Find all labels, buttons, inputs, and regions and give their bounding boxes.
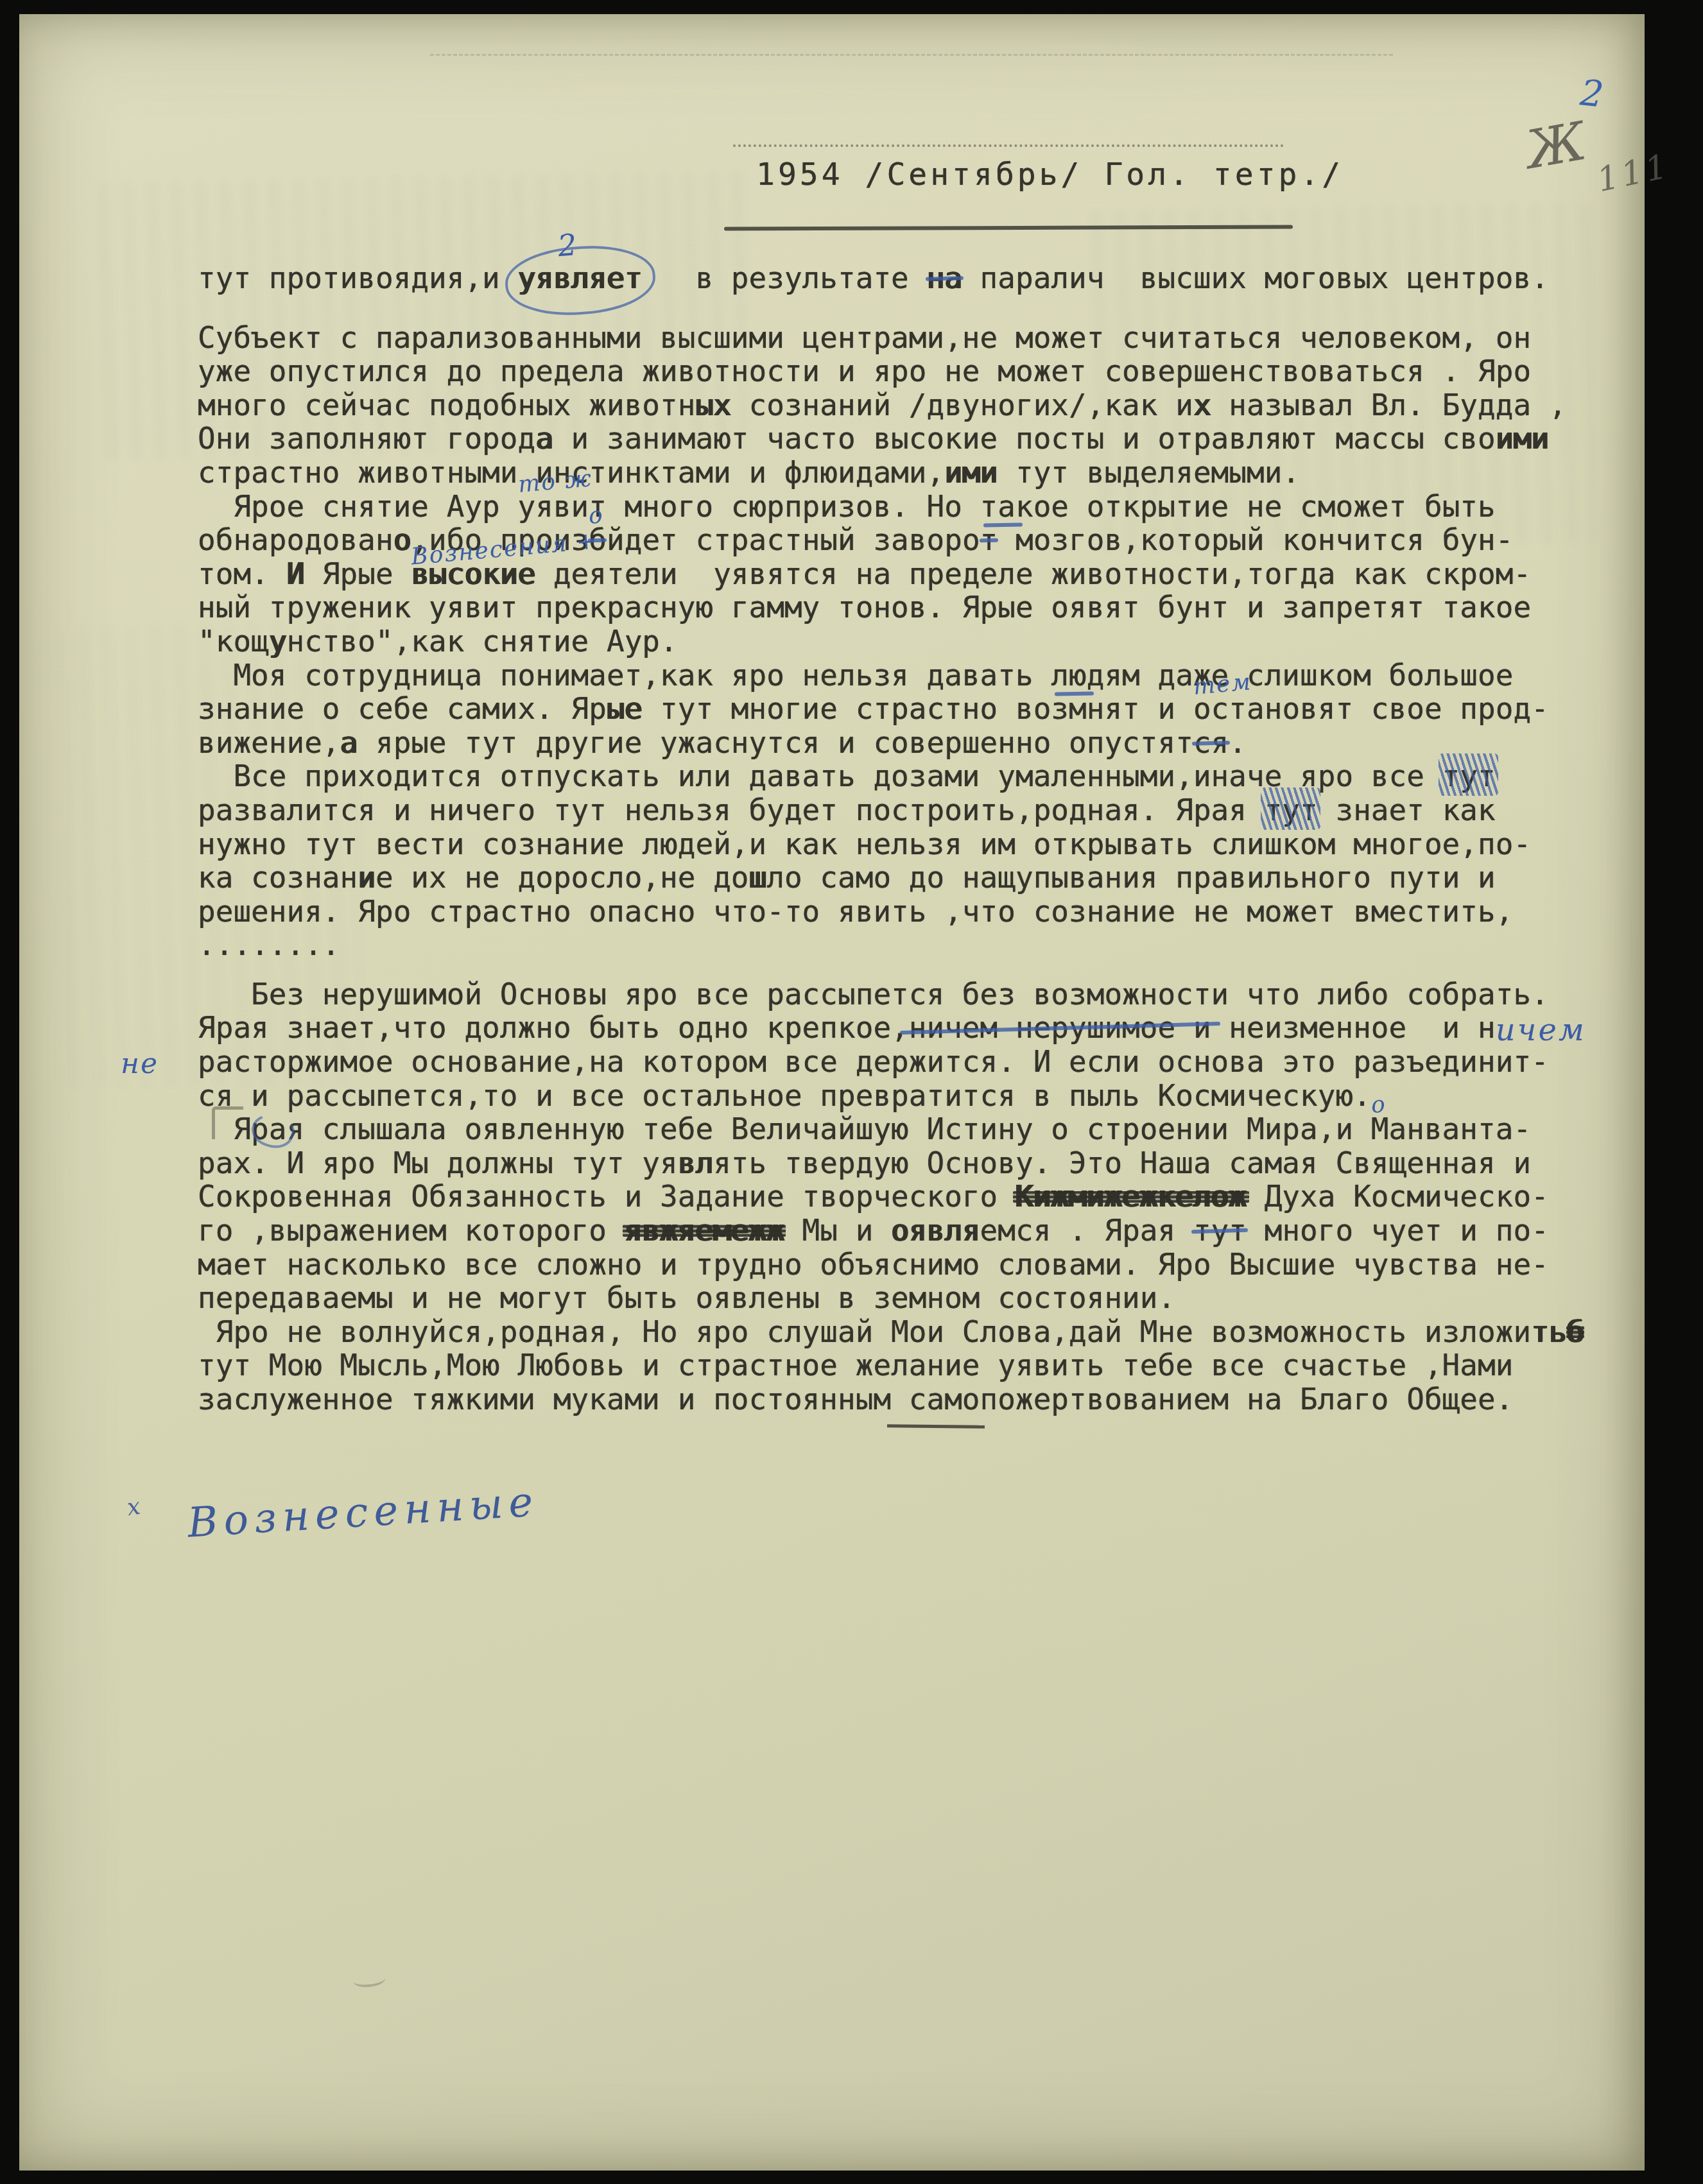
typed-text: йдет страстный заворо — [607, 522, 980, 557]
typed-text: мает насколько все сложно и трудно объяс… — [198, 1247, 1549, 1282]
typed-text: том. — [198, 556, 286, 591]
bottom-handwritten-note: Вознесенные — [186, 1478, 540, 1547]
typed-text: в результате — [642, 261, 926, 295]
typed-text: Ярая знает,что должно быть одно крепкое, — [198, 1010, 909, 1045]
typed-line: Сокровенная Обязанность и Задание творче… — [198, 1180, 1606, 1214]
annotated-text: ичем — [1496, 1012, 1586, 1048]
typed-line: страстно животными инстинктами и флюидам… — [198, 456, 1606, 490]
typed-line: ся и рассыпется,то и все остальное превр… — [198, 1079, 1606, 1113]
annotated-text: вл — [678, 1146, 713, 1180]
typed-text: тут многие страстно возмнят и — [642, 691, 1193, 726]
annotated-text: о — [393, 522, 411, 557]
annotated-text: ничем нерушимое и — [909, 1010, 1211, 1045]
typed-line: заслуженное тяжкими муками и постоянным … — [198, 1382, 1606, 1416]
typed-text: Все приходится отпускать или давать доза… — [198, 759, 1442, 793]
typed-text: Сокровенная Обязанность и Задание творче… — [198, 1179, 1016, 1214]
annotated-text: тут — [1442, 759, 1496, 793]
typed-line: ный труженик уявит прекрасную гамму тоно… — [198, 590, 1606, 624]
corner-pencil-letter: Ж — [1521, 111, 1590, 182]
typed-line: ........ — [198, 928, 1606, 962]
typed-line: мает насколько все сложно и трудно объяс… — [198, 1248, 1606, 1282]
typed-text: свое прод- — [1353, 691, 1549, 726]
annotated-text: Кижмижежкелож — [1016, 1179, 1247, 1214]
annotated-text: х — [1193, 388, 1211, 422]
annotated-text: ими — [944, 455, 998, 490]
annotated-text: ими — [1496, 421, 1549, 456]
typed-line: решения. Яро страстно опасно что-то явит… — [198, 895, 1606, 929]
typed-text: знает как — [1318, 793, 1496, 827]
annotated-text: т — [980, 522, 998, 557]
typed-text: много сейчас подобных животн — [198, 388, 695, 422]
corner-pencil-number: 111 — [1594, 147, 1673, 200]
annotated-text: ть — [1531, 1314, 1566, 1349]
typed-text: передаваемы и не могут быть оявлены в зе… — [198, 1280, 1175, 1315]
typed-line: Они заполняют города и занимают часто вы… — [198, 422, 1606, 456]
typed-text: Манванта-о — [1371, 1112, 1531, 1146]
typed-text: называл Вл. Будда , — [1211, 388, 1567, 422]
typed-line: Ярая знает,что должно быть одно крепкое,… — [198, 1011, 1606, 1045]
typed-text: открытие не сможет быть — [1069, 489, 1496, 524]
typed-line: рах. И яро Мы должны тут уявлять твердую… — [198, 1146, 1606, 1180]
annotated-text: ые — [607, 691, 642, 726]
typed-text: вижение, — [198, 725, 340, 760]
annotated-text: такое — [980, 489, 1069, 524]
typed-text-body: тут противоядия,и уявляет2 в результате … — [198, 261, 1606, 1416]
annotated-text: а — [340, 725, 358, 760]
typed-line: знание о себе самих. Ярые тут многие стр… — [198, 692, 1606, 726]
pencil-tick — [352, 1971, 386, 1988]
typed-text: ка сознан — [198, 860, 358, 895]
typed-line: нужно тут вести сознание людей,и как нел… — [198, 827, 1606, 861]
annotated-text: ся — [1193, 725, 1229, 760]
typed-text: решения. Яро страстно опасно что-то явит… — [198, 894, 1513, 929]
typed-text: развалится и ничего тут нельзя будет пос… — [198, 793, 1265, 827]
annotated-text: не — [121, 1047, 159, 1081]
typed-line: Без нерушимой Основы яро все рассыпется … — [198, 977, 1606, 1011]
page-title: 1954 /Сентябрь/ Гол. тетр./ — [756, 157, 1344, 193]
typed-text: ся и рассыпется,то и все остальное превр… — [198, 1078, 1371, 1113]
typed-line: Ярая слышала оявленную тебе Величайшую И… — [198, 1112, 1606, 1146]
typed-text: тут Мою Мысль,Мою Любовь и страстное жел… — [198, 1348, 1513, 1382]
typed-line: ка сознание их не доросло,не дошло само … — [198, 861, 1606, 895]
ink-annotation: о — [1370, 1088, 1388, 1122]
annotated-text: и — [358, 860, 376, 895]
typed-text: сознаний /двуногих/,как и — [731, 388, 1193, 422]
typed-line: Субъект с парализованными высшими центра… — [198, 321, 1606, 355]
typed-line: го ,выражением которого явжяемежж Мы и о… — [198, 1214, 1606, 1248]
typed-text: высших моговых центров. — [1104, 261, 1548, 295]
typed-text: знание о себе самих. Яр — [198, 691, 607, 726]
typed-text: е их не доросло,не до — [376, 860, 749, 895]
typed-line: нерасторжимое основание,на котором все д… — [198, 1045, 1606, 1079]
typed-text: тут противоядия,и — [198, 261, 518, 295]
typed-line: много сейчас подобных животных сознаний … — [198, 388, 1606, 422]
paragraph-gap — [198, 962, 1606, 977]
typed-text: Они заполняют город — [198, 421, 535, 456]
typed-line: Моя сотрудница понимает,как яро нельзя д… — [198, 658, 1606, 692]
typed-text: и занимают часто высокие посты и отравля… — [553, 421, 1496, 456]
end-divider-line — [887, 1424, 985, 1429]
typed-text: "кощ — [198, 624, 269, 658]
typed-text: Ярая слышала оявленную тебе Величайшую И… — [198, 1112, 1371, 1146]
paragraph-gap — [198, 295, 1606, 321]
typed-line: обнародовано,ибо произбойдет страстный з… — [198, 523, 1606, 557]
typed-text: деятели уявятся на пределе животности,то… — [535, 556, 1531, 591]
typed-text: обнародован — [198, 522, 393, 557]
typed-text: нужно тут вести сознание людей,и как нел… — [198, 827, 1531, 861]
typed-text: Ярое снятие Аур — [198, 489, 518, 524]
typed-text: ........ — [198, 927, 340, 962]
typed-text: много сюрпризов. Но — [607, 489, 980, 524]
typed-text: Мы и — [784, 1213, 891, 1248]
typed-text: емся . Ярая — [980, 1213, 1193, 1248]
typed-text: рах. И яро Мы должны тут уя — [198, 1146, 678, 1180]
annotated-text: высокиеВознесения + — [411, 556, 535, 591]
annotated-text: ых — [695, 388, 730, 422]
typed-text: . — [1229, 725, 1247, 760]
typed-text: ярые тут другие ужаснутся и совершенно о… — [358, 725, 1193, 760]
paper-sheet: 2 Ж 111 1954 /Сентябрь/ Гол. тетр./ тут … — [19, 14, 1645, 2171]
corner-page-number-blue: 2 — [1578, 72, 1605, 116]
annotated-text: оявля — [891, 1213, 980, 1248]
annotated-text: И — [286, 556, 304, 591]
typed-line: Яро не волнуйся,родная, Но яро слушай Мо… — [198, 1315, 1606, 1349]
typed-text: Ярые — [304, 556, 411, 591]
typed-line: развалится и ничего тут нельзя будет пос… — [198, 793, 1606, 827]
annotated-text: явжяемежж — [625, 1213, 784, 1248]
annotated-text: ш — [749, 860, 767, 895]
typed-text: Яро не волнуйся,родная, Но яро слушай Мо… — [198, 1314, 1531, 1349]
typed-text: расторжимое основание,на котором все дер… — [198, 1044, 1549, 1079]
annotated-text: у — [269, 624, 287, 658]
typed-text: го ,выражением которого — [198, 1213, 625, 1248]
typed-line: Ярое снятие Аур уявитто ж много сюрпризо… — [198, 490, 1606, 524]
pencil-margin-bracket — [212, 1106, 243, 1139]
ink-x-mark: x — [125, 1493, 142, 1521]
ink-annotation: то ж — [516, 462, 593, 503]
faint-dashed-line — [430, 54, 1393, 56]
typed-text: Без нерушимой Основы яро все рассыпется … — [198, 977, 1549, 1011]
typed-text: Моя сотрудница понимает,как яро нельзя д… — [198, 658, 1051, 692]
annotated-text: тут — [1193, 1213, 1247, 1248]
typed-text: тут выделяемыми. — [998, 455, 1300, 490]
annotated-text: людям — [1051, 658, 1139, 692]
typed-line: передаваемы и не могут быть оявлены в зе… — [198, 1281, 1606, 1315]
annotated-text: на — [926, 261, 962, 295]
typed-line: "кощунство",как снятие Аур. — [198, 624, 1606, 658]
typed-line: тут Мою Мысль,Мою Любовь и страстное жел… — [198, 1348, 1606, 1382]
typed-text: нство",как снятие Аур. — [286, 624, 677, 658]
typed-text: уже опустился до предела животности и яр… — [198, 354, 1531, 388]
typed-text: много чует и по- — [1247, 1213, 1549, 1248]
typed-text: остановяттем — [1193, 691, 1353, 726]
typed-text: неизменное и н — [1211, 1010, 1496, 1045]
typed-line: тут противоядия,и уявляет2 в результате … — [198, 261, 1606, 295]
ink-annotation: 2 — [556, 227, 579, 262]
annotated-text: а — [535, 421, 553, 456]
dotted-rule — [733, 144, 1284, 147]
typed-text: заслуженное тяжкими муками и постоянным … — [198, 1382, 1513, 1416]
typed-line: том. И Ярые высокиеВознесения + деятели … — [198, 557, 1606, 591]
annotated-text: б — [1566, 1314, 1584, 1349]
typed-text: ный труженик уявит прекрасную гамму тоно… — [198, 590, 1531, 624]
typed-text: паралич — [962, 261, 1105, 295]
typed-text: Субъект с парализованными высшими центра… — [198, 320, 1531, 355]
scanned-typescript-page: { "scan": { "header_title": "1954 /Сентя… — [0, 0, 1703, 2184]
typed-text: ло само до нащупывания правильного пути … — [766, 860, 1495, 895]
typed-text: мозгов,который кончится бун- — [998, 522, 1513, 557]
typed-text: Духа Космическо- — [1247, 1179, 1549, 1214]
annotated-text: уявляет2 — [518, 261, 643, 295]
typed-line: уже опустился до предела животности и яр… — [198, 354, 1606, 388]
annotated-text: тут — [1265, 793, 1318, 827]
ink-annotation: тем — [1192, 666, 1254, 704]
typed-line: вижение,а ярые тут другие ужаснутся и со… — [198, 726, 1606, 760]
typed-line: Все приходится отпускать или давать доза… — [198, 759, 1606, 793]
typed-text: ять твердую Основу. Это Наша самая Свяще… — [713, 1146, 1531, 1180]
